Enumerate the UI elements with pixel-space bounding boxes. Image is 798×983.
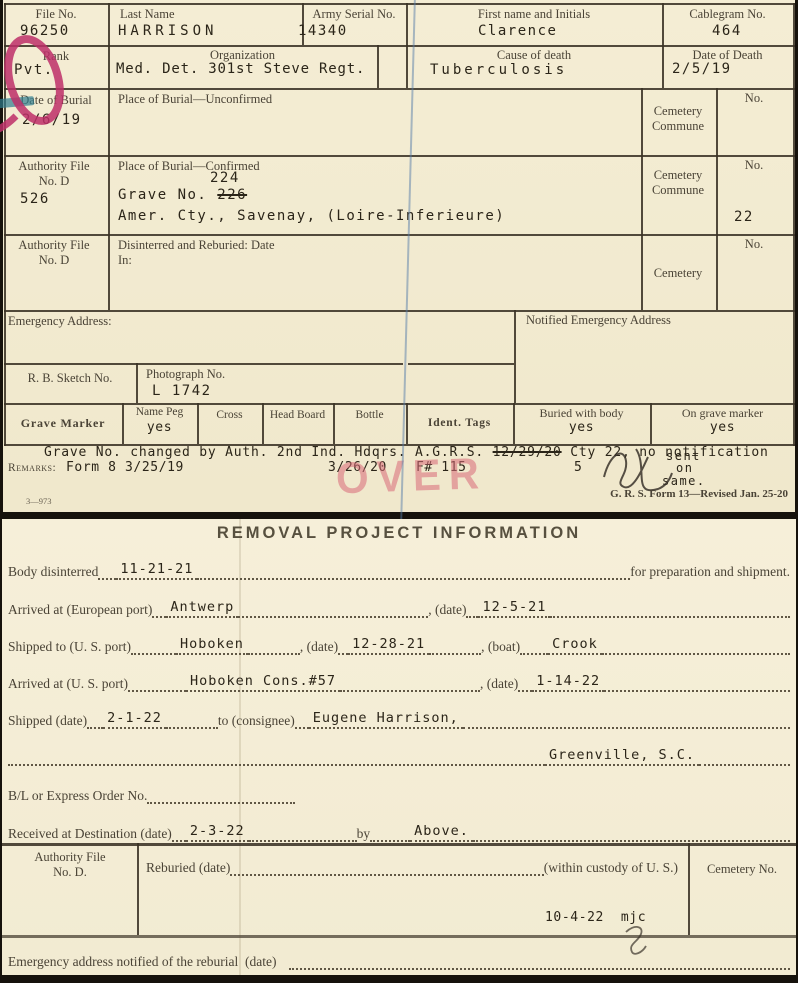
dotted-leader [131,639,176,655]
last-name-value: HARRISON [118,23,217,41]
received-by-value: Above. [410,823,473,842]
dotted-leader [238,602,428,618]
grid-line [4,88,795,90]
grid-line [377,45,379,88]
consignee-value: Eugene Harrison, [309,710,463,729]
grave-marker-label: Grave Marker [4,416,122,430]
grid-line [716,88,718,310]
received-label: Received at Destination (date) [8,826,172,842]
body-disinterred-suffix: for preparation and shipment. [630,564,790,580]
dotted-leader [152,602,166,618]
photograph-no-label: Photograph No. [146,367,225,382]
authority-file-label: Authority File No. D. [30,850,110,880]
last-name-label: Last Name [120,7,175,22]
print-order-number: 3—973 [26,496,52,506]
authority-label: Authority File No. D [14,238,94,268]
shipped-consignee-line: Shipped (date) 2-1-22 to (consignee) Eug… [8,707,790,729]
photograph-no-value: L 1742 [152,383,212,401]
emergency-address-label: Emergency Address: [8,314,112,329]
dotted-leader [340,676,480,692]
date-label: , (date) [300,639,338,655]
cablegram-label: Cablegram No. [662,7,793,22]
date-label: , (date) [480,676,518,692]
shipped-us-port-line: Shipped to (U. S. port) Hoboken , (date)… [8,633,790,655]
sketch-no-label: R. B. Sketch No. [4,371,136,386]
cemetery-no-value: 22 [734,209,754,227]
dotted-leader [172,826,186,842]
received-destination-line: Received at Destination (date) 2-3-22 by… [8,820,790,842]
grid-line [641,88,643,310]
remarks-form8: Form 8 3/25/19 [66,460,184,476]
cause-label: Cause of death [406,48,662,63]
no-label: No. [716,91,792,106]
body-disinterred-label: Body disinterred [8,564,98,580]
dotted-leader [166,713,218,729]
form-number-footer: G. R. S. Form 13—Revised Jan. 25-20 [430,488,788,501]
reburied-label: Reburied (date) [146,860,230,876]
dotted-leader [338,639,348,655]
arrived-eu-label: Arrived at (European port) [8,602,152,618]
received-date-value: 2-3-22 [186,823,249,842]
date-label: , (date) [428,602,466,618]
cemetery-commune-label: Cemetery Commune [646,104,710,134]
disinterred-label: Disinterred and Reburied: Date [118,238,275,253]
death-date-value: 2/5/19 [672,61,732,79]
grid-line [4,310,795,312]
dotted-leader [604,676,790,692]
name-peg-value: yes [122,420,197,436]
cemetery-no-label: Cemetery No. [688,862,796,877]
dotted-leader [249,826,357,842]
scanned-document: File No. 96250 Last Name HARRISON Army S… [0,0,798,983]
shipped-us-value: Hoboken [176,636,248,655]
grid-line [4,155,795,157]
cross-label: Cross [197,409,262,423]
dotted-leader [248,639,300,655]
dotted-leader [98,564,116,580]
consignee-label: to (consignee) [218,713,295,729]
dotted-leader [147,788,295,804]
dotted-leader [230,860,543,876]
grid-line [4,45,795,47]
removal-form-title: REMOVAL PROJECT INFORMATION [0,524,798,543]
bl-express-order-line: B/L or Express Order No. [8,782,790,804]
head-board-label: Head Board [262,409,333,423]
bottle-label: Bottle [333,409,406,423]
emergency-notified-line: Emergency address notified of the reburi… [8,948,790,970]
notified-emergency-label: Notified Emergency Address [526,313,671,328]
table-border [137,843,139,935]
arrived-us-value: Hoboken Cons.#57 [186,673,340,692]
by-label: by [357,826,371,842]
dotted-leader [699,750,790,766]
dotted-leader [466,602,478,618]
arrived-eu-date: 12-5-21 [478,599,550,618]
arrived-us-date: 1-14-22 [532,673,604,692]
first-name-value: Clarence [478,23,557,41]
no-label: No. [716,237,792,252]
dotted-leader [429,639,481,655]
dotted-leader [370,826,410,842]
ident-tags-label: Ident. Tags [406,417,513,431]
buried-with-body-label: Buried with body [513,406,650,420]
reburied-line: Reburied (date) (within custody of U. S.… [146,854,678,876]
cause-value: Tuberculosis [430,62,567,80]
grave-no-line: Grave No. 226 [118,187,247,205]
shipped-us-label: Shipped to (U. S. port) [8,639,131,655]
buried-with-body-value: yes [513,420,650,436]
dotted-leader [473,826,790,842]
grave-no-prefix: Grave No. [118,187,217,203]
cemetery-label: Cemetery [646,266,710,281]
cablegram-value: 464 [712,23,742,41]
grid-line [4,234,795,236]
emergency-notified-label: Emergency address notified of the reburi… [8,954,277,970]
bl-label: B/L or Express Order No. [8,788,147,804]
boat-label: , (boat) [481,639,520,655]
on-grave-marker-value: yes [650,420,795,436]
grave-no-old-value: 226 [217,187,247,203]
grid-line [408,363,514,365]
dotted-leader [518,676,532,692]
dotted-leader [87,713,103,729]
consignee-address-line: Greenville, S.C. [8,744,790,766]
body-disinterred-line: Body disinterred 11-21-21 for preparatio… [8,558,790,580]
grid-line [4,363,403,365]
pen-mark [0,18,89,133]
shipped-date-label: Shipped (date) [8,713,87,729]
consignee-city-value: Greenville, S.C. [545,747,699,766]
grid-line [514,310,516,403]
grid-line [793,3,795,446]
dotted-leader [197,564,630,580]
table-border [2,843,796,846]
dotted-leader [128,676,186,692]
blank-space [277,956,289,970]
serial-value: 14340 [298,23,348,41]
dotted-leader [8,750,545,766]
shipped-date-value: 2-1-22 [103,710,166,729]
remarks-label: Remarks: [8,462,56,476]
arrived-european-port-line: Arrived at (European port) Antwerp , (da… [8,596,790,618]
grid-line [4,3,795,5]
place-unconfirmed-label: Place of Burial—Unconfirmed [118,92,272,107]
body-disinterred-value: 11-21-21 [116,561,197,580]
serial-label: Army Serial No. [302,7,406,22]
arrived-us-port-line: Arrived at (U. S. port) Hoboken Cons.#57… [8,670,790,692]
on-grave-marker-label: On grave marker [650,406,795,420]
dotted-leader [463,713,790,729]
no-label: No. [716,158,792,173]
remarks-five: 5 [574,460,582,476]
custody-label: (within custody of U. S.) [544,860,678,876]
grid-line [136,363,138,403]
first-name-label: First name and Initials [406,7,662,22]
arrived-eu-value: Antwerp [166,599,238,618]
in-label: In: [118,253,132,268]
dotted-leader [520,639,548,655]
name-peg-label: Name Peg [122,406,197,420]
cemetery-commune-label: Cemetery Commune [646,168,710,198]
remarks-struck-date: 12/29/20 [493,445,562,460]
dotted-leader [550,602,790,618]
shipped-us-date: 12-28-21 [348,636,429,655]
organization-value: Med. Det. 301st Steve Regt. [116,61,365,79]
dotted-leader [602,639,790,655]
authority-label: Authority File No. D [14,159,94,189]
dotted-leader [289,954,790,970]
place-confirmed-location: Amer. Cty., Savenay, (Loire-Inferieure) [118,208,505,226]
boat-value: Crook [548,636,602,655]
place-confirmed-number: 224 [210,170,240,188]
authority-value: 526 [20,191,50,209]
arrived-us-label: Arrived at (U. S. port) [8,676,128,692]
dotted-leader [295,713,309,729]
table-border [688,843,690,935]
table-border [2,935,796,938]
